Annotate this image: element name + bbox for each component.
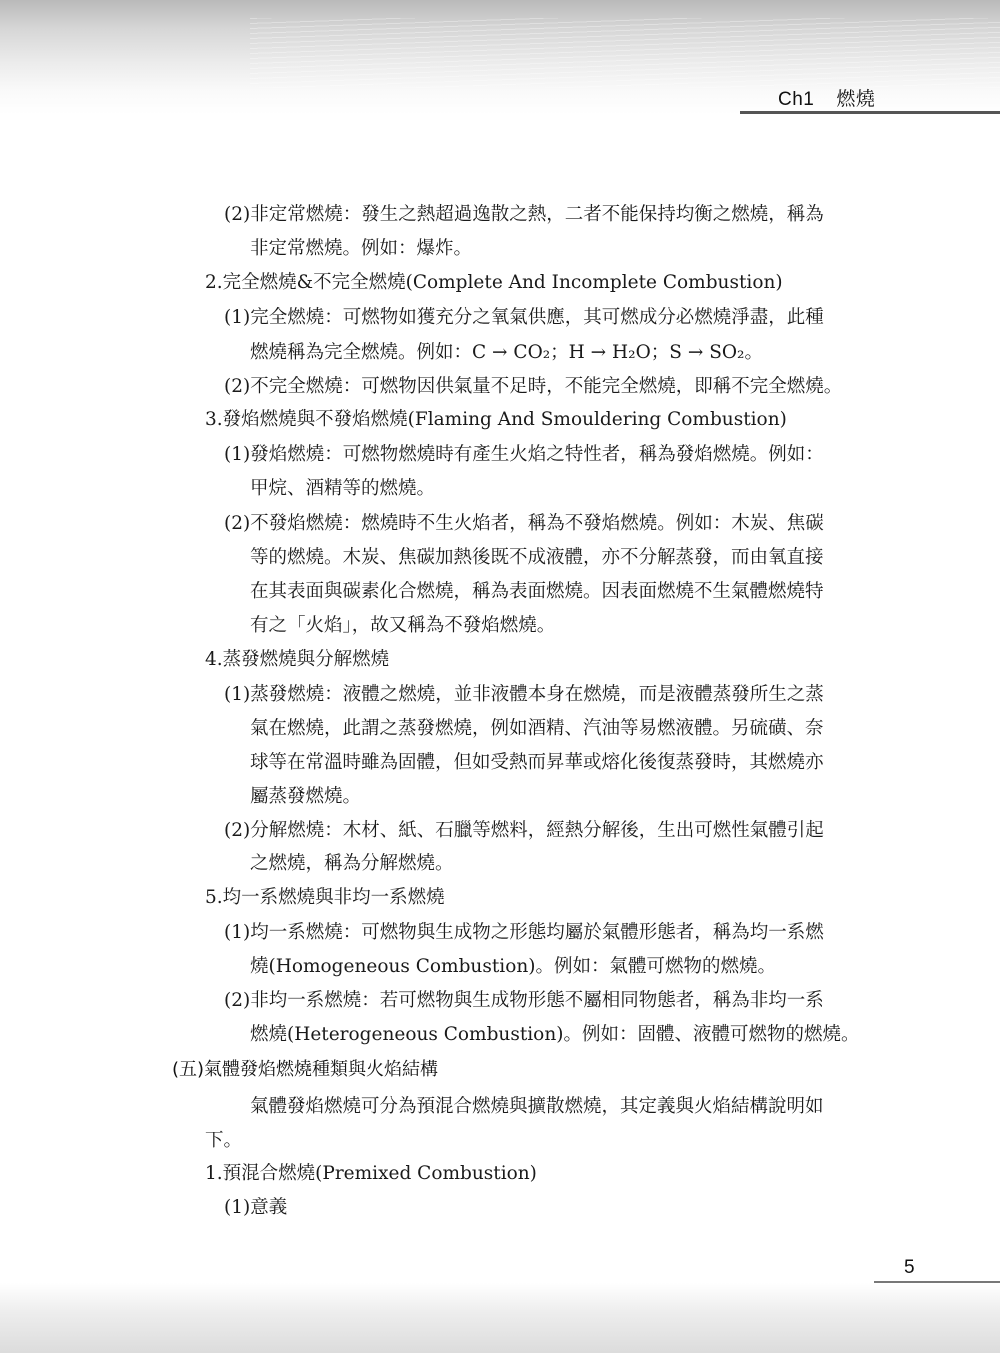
- text-line: 有之「火焰」，故又稱為不發焰燃燒。: [250, 614, 555, 638]
- list-item-homogeneous-combustion: (1)均一系燃燒：可燃物與生成物之形態均屬於氣體形態者，稱為均一系燃: [224, 921, 824, 945]
- list-item-incomplete-combustion: (2)不完全燃燒：可燃物因供氣量不足時，不能完全燃燒，即稱不完全燃燒。: [224, 375, 842, 399]
- text-line: 非定常燃燒。例如：爆炸。: [250, 237, 472, 261]
- chapter-title: 燃燒: [836, 89, 875, 110]
- text-line: 下。: [205, 1129, 242, 1153]
- list-item-meaning: (1)意義: [224, 1196, 287, 1220]
- text-line: 在其表面與碳素化合燃燒，稱為表面燃燒。因表面燃燒不生氣體燃燒特: [250, 580, 824, 604]
- list-item-decomposition-combustion: (2)分解燃燒：木材、紙、石臘等燃料，經熱分解後，生出可燃性氣體引起: [224, 819, 824, 843]
- subheading-homogeneous-heterogeneous: 5.均一系燃燒與非均一系燃燒: [205, 886, 445, 910]
- footer-background: [0, 1283, 1000, 1353]
- list-item-heterogeneous-combustion: (2)非均一系燃燒：若可燃物與生成物形態不屬相同物態者，稱為非均一系: [224, 989, 824, 1013]
- header-rule: [740, 111, 1000, 114]
- running-header: Ch1燃燒: [778, 84, 875, 111]
- list-item-evaporative-combustion: (1)蒸發燃燒：液體之燃燒，並非液體本身在燃燒，而是液體蒸發所生之蒸: [224, 683, 824, 707]
- subheading-flaming-smouldering: 3.發焰燃燒與不發焰燃燒(Flaming And Smouldering Com…: [205, 408, 787, 432]
- subheading-complete-incomplete: 2.完全燃燒&不完全燃燒(Complete And Incomplete Com…: [205, 271, 783, 295]
- paragraph-text: 氣體發焰燃燒可分為預混合燃燒與擴散燃燒，其定義與火焰結構說明如: [250, 1095, 824, 1119]
- footer-rule: [874, 1281, 1000, 1283]
- chapter-number: Ch1: [778, 89, 814, 110]
- subheading-evaporative-decomposition: 4.蒸發燃燒與分解燃燒: [205, 648, 389, 672]
- list-item-smouldering-combustion: (2)不發焰燃燒：燃燒時不生火焰者，稱為不發焰燃燒。例如：木炭、焦碳: [224, 512, 824, 536]
- text-line: 等的燃燒。木炭、焦碳加熱後既不成液體，亦不分解蒸發，而由氧直接: [250, 546, 824, 570]
- text-line: 甲烷、酒精等的燃燒。: [250, 477, 435, 501]
- list-item-flaming-combustion: (1)發焰燃燒：可燃物燃燒時有產生火焰之特性者，稱為發焰燃燒。例如：: [224, 443, 824, 467]
- text-line: 燒(Homogeneous Combustion)。例如：氣體可燃物的燃燒。: [250, 955, 776, 979]
- text-line: 氣在燃燒，此謂之蒸發燃燒，例如酒精、汽油等易燃液體。另硫磺、奈: [250, 717, 824, 741]
- text-line: 燃燒稱為完全燃燒。例如：C → CO₂；H → H₂O；S → SO₂。: [250, 341, 763, 365]
- text-line: 燃燒(Heterogeneous Combustion)。例如：固體、液體可燃物…: [250, 1023, 859, 1047]
- list-item-complete-combustion: (1)完全燃燒：可燃物如獲充分之氧氣供應，其可燃成分必燃燒淨盡，此種: [224, 306, 824, 330]
- text-line: 球等在常溫時雖為固體，但如受熱而昇華或熔化後復蒸發時，其燃燒亦: [250, 751, 824, 775]
- text-line: 之燃燒，稱為分解燃燒。: [250, 852, 454, 876]
- section-heading-gas-flame: (五)氣體發焰燃燒種類與火焰結構: [172, 1058, 438, 1082]
- subheading-premixed-combustion: 1.預混合燃燒(Premixed Combustion): [205, 1162, 537, 1186]
- list-item-unsteady-combustion: (2)非定常燃燒：發生之熱超過逸散之熱，二者不能保持均衡之燃燒，稱為: [224, 203, 824, 227]
- page-number: 5: [904, 1257, 915, 1279]
- text-line: 屬蒸發燃燒。: [250, 785, 361, 809]
